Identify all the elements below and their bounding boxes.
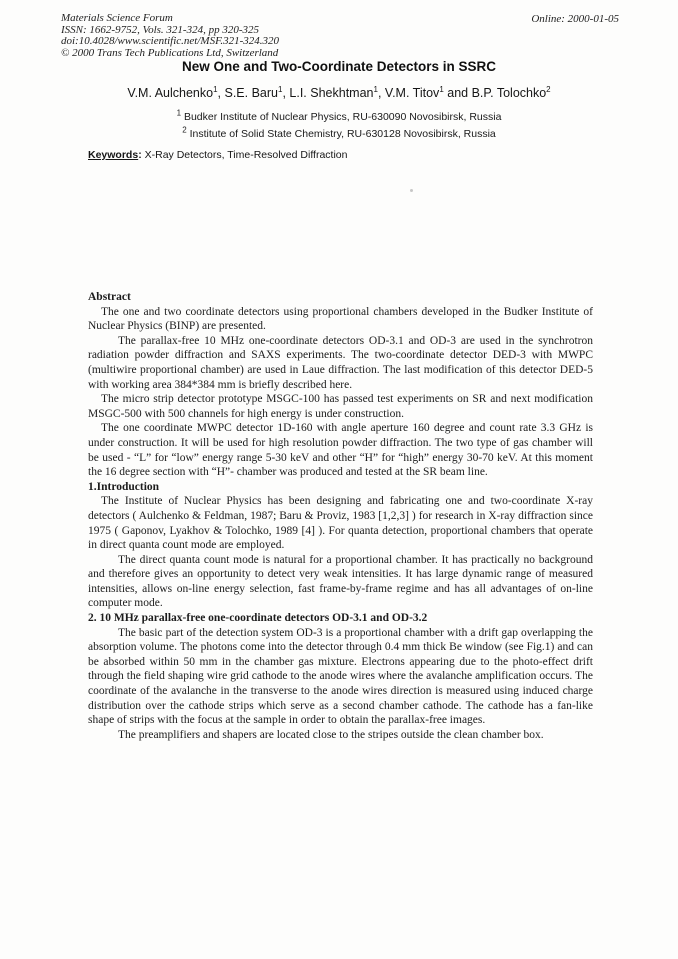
- author-separator: and: [444, 86, 472, 100]
- paper-page: Materials Science Forum ISSN: 1662-9752,…: [0, 0, 678, 959]
- scan-artifact: [410, 189, 413, 192]
- body-paragraph: The Institute of Nuclear Physics has bee…: [88, 494, 593, 552]
- publisher-header: Materials Science Forum ISSN: 1662-9752,…: [61, 13, 279, 59]
- keywords-text: X-Ray Detectors, Time-Resolved Diffracti…: [142, 149, 348, 161]
- online-date: Online: 2000-01-05: [531, 13, 619, 25]
- abstract-paragraph: The micro strip detector prototype MSGC-…: [88, 392, 593, 421]
- affiliation-text: Budker Institute of Nuclear Physics, RU-…: [181, 111, 501, 123]
- body-paragraph: The basic part of the detection system O…: [88, 626, 593, 728]
- author-affiliation-marker: 2: [546, 85, 550, 94]
- abstract-heading: Abstract: [88, 290, 593, 305]
- section2-heading: 2. 10 MHz parallax-free one-coordinate d…: [88, 611, 593, 626]
- affiliation-1: 1 Budker Institute of Nuclear Physics, R…: [0, 111, 678, 123]
- paper-body: Abstract The one and two coordinate dete…: [88, 290, 593, 742]
- affiliation-2: 2 Institute of Solid State Chemistry, RU…: [0, 128, 678, 140]
- author-name: V.M. Aulchenko: [127, 86, 213, 100]
- author-name: V.M. Titov: [385, 86, 439, 100]
- author-name: L.I. Shekhtman: [289, 86, 373, 100]
- keywords-line: Keywords: X-Ray Detectors, Time-Resolved…: [88, 149, 347, 161]
- copyright-line: © 2000 Trans Tech Publications Ltd, Swit…: [61, 48, 279, 60]
- body-paragraph: The direct quanta count mode is natural …: [88, 553, 593, 611]
- journal-name: Materials Science Forum: [61, 13, 279, 25]
- abstract-paragraph: The one and two coordinate detectors usi…: [88, 305, 593, 334]
- keywords-label: Keywords: [88, 149, 138, 161]
- introduction-heading: 1.Introduction: [88, 480, 593, 495]
- author-separator: ,: [218, 86, 225, 100]
- affiliation-text: Institute of Solid State Chemistry, RU-6…: [187, 128, 496, 140]
- author-name: S.E. Baru: [225, 86, 279, 100]
- paper-title: New One and Two-Coordinate Detectors in …: [0, 59, 678, 74]
- authors-line: V.M. Aulchenko1, S.E. Baru1, L.I. Shekht…: [0, 86, 678, 100]
- abstract-paragraph: The one coordinate MWPC detector 1D-160 …: [88, 421, 593, 479]
- author-name: B.P. Tolochko: [472, 86, 547, 100]
- body-paragraph: The preamplifiers and shapers are locate…: [88, 728, 593, 743]
- abstract-paragraph: The parallax-free 10 MHz one-coordinate …: [88, 334, 593, 392]
- author-separator: ,: [378, 86, 385, 100]
